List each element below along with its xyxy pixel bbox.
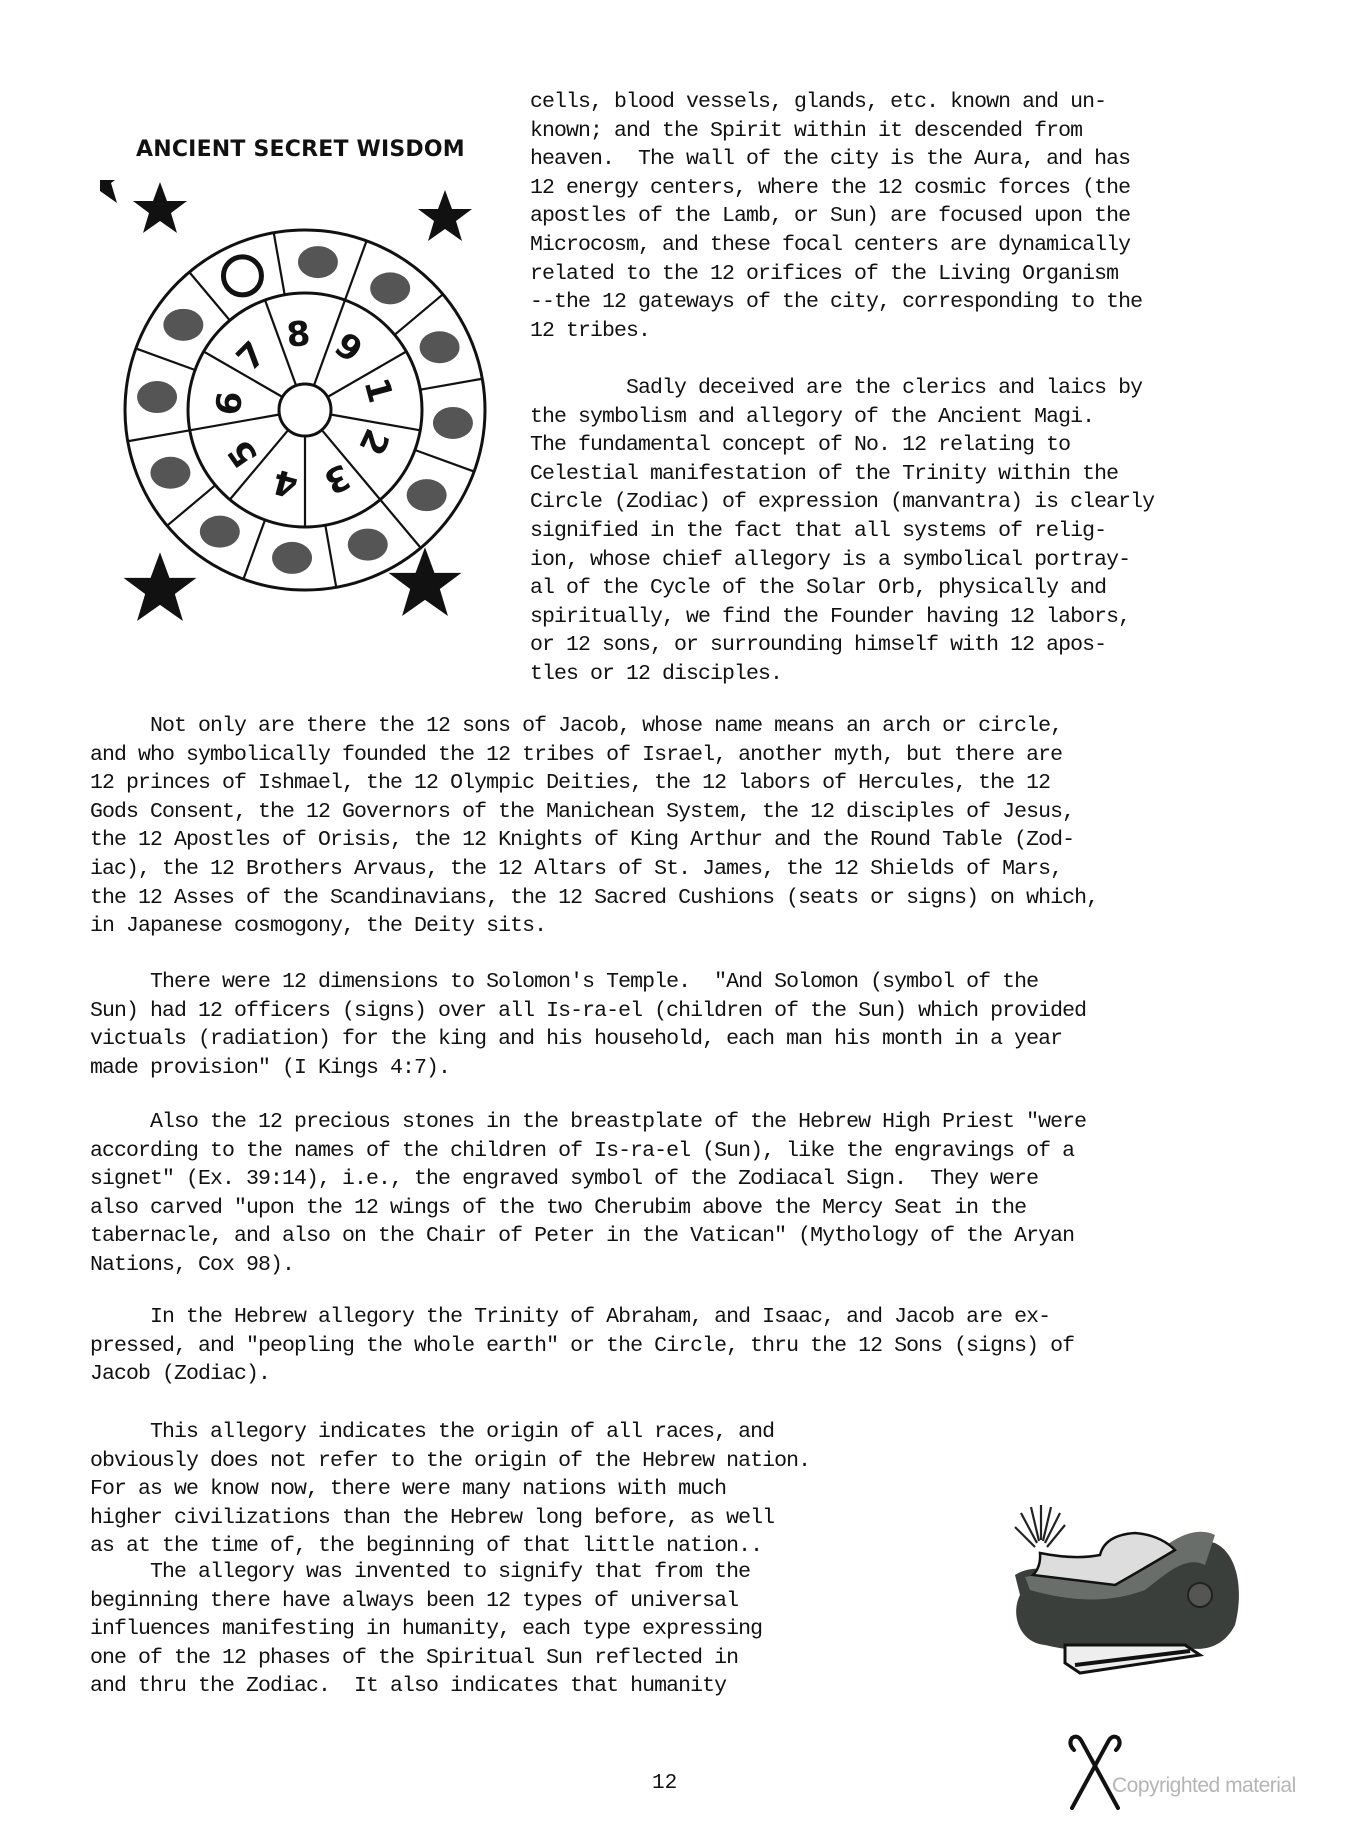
text-line: as at the time of, the beginning of that… — [90, 1532, 810, 1561]
text-line: heaven. The wall of the city is the Aura… — [530, 145, 1154, 174]
text-line: This allegory indicates the origin of al… — [90, 1418, 810, 1447]
text-line: 12 tribes. — [530, 317, 1154, 346]
zodiac-sign-icon — [163, 309, 203, 341]
text-line: Not only are there the 12 sons of Jacob,… — [90, 712, 1098, 741]
text-line: The fundamental concept of No. 12 relati… — [530, 431, 1154, 460]
text-line: Celestial manifestation of the Trinity w… — [530, 460, 1154, 489]
wheel-number: 8 — [285, 314, 312, 356]
text-line: al of the Cycle of the Solar Orb, physic… — [530, 574, 1154, 603]
paragraph: In the Hebrew allegory the Trinity of Ab… — [90, 1303, 1074, 1389]
text-line: and thru the Zodiac. It also indicates t… — [90, 1672, 762, 1701]
text-line: Nations, Cox 98). — [90, 1251, 1086, 1280]
zodiac-sign-icon — [370, 272, 410, 304]
text-line: There were 12 dimensions to Solomon's Te… — [90, 968, 1086, 997]
text-line: Gods Consent, the 12 Governors of the Ma… — [90, 798, 1098, 827]
zodiac-sign-icon — [150, 457, 190, 489]
text-line: obviously does not refer to the origin o… — [90, 1447, 810, 1476]
sun-icon — [223, 257, 261, 295]
text-line: 12 energy centers, where the 12 cosmic f… — [530, 174, 1154, 203]
text-line: Also the 12 precious stones in the breas… — [90, 1108, 1086, 1137]
text-line: For as we know now, there were many nati… — [90, 1475, 810, 1504]
text-line: In the Hebrew allegory the Trinity of Ab… — [90, 1303, 1074, 1332]
text-line: tabernacle, and also on the Chair of Pet… — [90, 1222, 1086, 1251]
text-line: known; and the Spirit within it descende… — [530, 117, 1154, 146]
text-line: the symbolism and allegory of the Ancien… — [530, 403, 1154, 432]
text-line: related to the 12 orifices of the Living… — [530, 260, 1154, 289]
text-line: victuals (radiation) for the king and hi… — [90, 1025, 1086, 1054]
wheel-number: 6 — [209, 390, 251, 417]
text-line: cells, blood vessels, glands, etc. known… — [530, 88, 1154, 117]
zodiac-sign-icon — [137, 381, 177, 413]
text-line: ion, whose chief allegory is a symbolica… — [530, 546, 1154, 575]
figure-title: ANCIENT SECRET WISDOM — [136, 137, 465, 162]
paragraph: This allegory indicates the origin of al… — [90, 1418, 810, 1561]
zodiac-wheel: 123456789 — [125, 230, 485, 590]
star-icon — [100, 180, 127, 203]
text-line: influences manifesting in humanity, each… — [90, 1615, 762, 1644]
document-page: ANCIENT SECRET WISDOM 123456789 cells, b… — [0, 0, 1359, 1837]
text-line: tles or 12 disciples. — [530, 660, 1154, 689]
text-line: or 12 sons, or surrounding himself with … — [530, 631, 1154, 660]
text-line: higher civilizations than the Hebrew lon… — [90, 1504, 810, 1533]
zodiac-sign-icon — [407, 479, 447, 511]
text-line: according to the names of the children o… — [90, 1137, 1086, 1166]
text-line: Microcosm, and these focal centers are d… — [530, 231, 1154, 260]
zodiac-sign-icon — [200, 516, 240, 548]
copyright-watermark: Copyrighted material — [1112, 1774, 1296, 1798]
text-line: --the 12 gateways of the city, correspon… — [530, 288, 1154, 317]
text-line: also carved "upon the 12 wings of the tw… — [90, 1194, 1086, 1223]
paragraph: There were 12 dimensions to Solomon's Te… — [90, 968, 1086, 1082]
text-line: in Japanese cosmogony, the Deity sits. — [90, 912, 1098, 941]
zodiac-sign-icon — [420, 331, 460, 363]
text-line: pressed, and "peopling the whole earth" … — [90, 1332, 1074, 1361]
text-line: Sadly deceived are the clerics and laics… — [530, 374, 1154, 403]
paragraph: The allegory was invented to signify tha… — [90, 1558, 762, 1701]
star-icon — [124, 552, 197, 621]
paragraph: Also the 12 precious stones in the breas… — [90, 1108, 1086, 1280]
page-number: 12 — [652, 1772, 677, 1795]
text-line: The allegory was invented to signify tha… — [90, 1558, 762, 1587]
zodiac-sign-icon — [298, 246, 338, 278]
text-line: the 12 Apostles of Orisis, the 12 Knight… — [90, 826, 1098, 855]
text-line — [530, 345, 1154, 374]
crossed-crooks-icon — [1060, 1730, 1130, 1810]
right-column-text: cells, blood vessels, glands, etc. known… — [530, 88, 1154, 688]
text-line: Circle (Zodiac) of expression (manvantra… — [530, 488, 1154, 517]
text-line: signified in the fact that all systems o… — [530, 517, 1154, 546]
text-line: 12 princes of Ishmael, the 12 Olympic De… — [90, 769, 1098, 798]
text-line: spiritually, we find the Founder having … — [530, 603, 1154, 632]
paragraph: Not only are there the 12 sons of Jacob,… — [90, 712, 1098, 941]
text-line: made provision" (I Kings 4:7). — [90, 1054, 1086, 1083]
star-icon — [418, 190, 472, 241]
text-line: apostles of the Lamb, or Sun) are focuse… — [530, 202, 1154, 231]
text-line: Jacob (Zodiac). — [90, 1360, 1074, 1389]
zodiac-sign-icon — [348, 529, 388, 561]
text-line: and who symbolically founded the 12 trib… — [90, 741, 1098, 770]
oil-lamp-illustration — [985, 1495, 1245, 1685]
zodiac-sign-icon — [433, 407, 473, 439]
text-line: signet" (Ex. 39:14), i.e., the engraved … — [90, 1165, 1086, 1194]
zodiac-sign-icon — [272, 542, 312, 574]
text-line: Sun) had 12 officers (signs) over all Is… — [90, 997, 1086, 1026]
text-line: one of the 12 phases of the Spiritual Su… — [90, 1644, 762, 1673]
star-icon — [133, 182, 187, 233]
flame-rays-icon — [1015, 1505, 1065, 1547]
text-line: iac), the 12 Brothers Arvaus, the 12 Alt… — [90, 855, 1098, 884]
text-line: beginning there have always been 12 type… — [90, 1587, 762, 1616]
text-line: the 12 Asses of the Scandinavians, the 1… — [90, 884, 1098, 913]
zodiac-wheel-illustration: 123456789 — [100, 180, 500, 640]
